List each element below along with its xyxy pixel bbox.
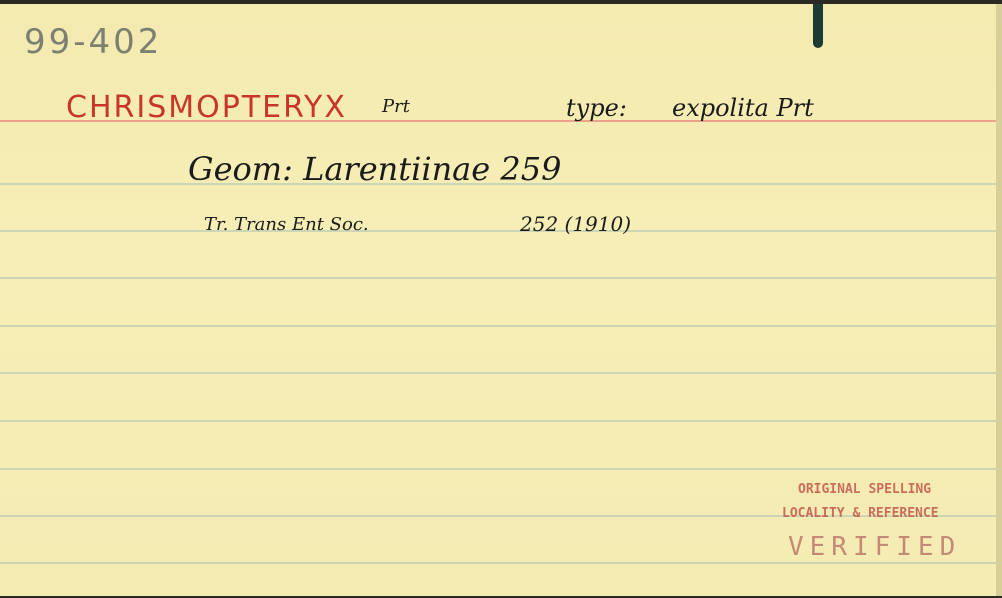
genus-author: Prt — [382, 96, 410, 117]
genus-name: CHRISMOPTERYX — [66, 90, 347, 125]
reference-citation: 252 (1910) — [520, 212, 631, 236]
accession-number: 99-402 — [24, 22, 162, 62]
ruled-line — [0, 372, 1002, 374]
stamp-verified: VERIFIED — [788, 532, 961, 562]
ruled-line — [0, 325, 1002, 327]
stamp-line-spelling: ORIGINAL SPELLING — [798, 482, 931, 497]
ruled-line — [0, 277, 1002, 279]
card-edge — [996, 4, 1002, 596]
ruled-line — [0, 230, 1002, 232]
family-subfamily: Geom: Larentiinae 259 — [188, 150, 561, 188]
type-label: type: — [566, 94, 627, 122]
stamp-line-locality: LOCALITY & REFERENCE — [782, 506, 939, 521]
index-card: 99-402 CHRISMOPTERYX Prt type: expolita … — [0, 4, 1002, 596]
ruled-line — [0, 562, 1002, 564]
ruled-line — [0, 468, 1002, 470]
tab-marker — [813, 4, 823, 48]
type-species: expolita Prt — [672, 94, 814, 122]
ruled-line — [0, 420, 1002, 422]
reference-source: Tr. Trans Ent Soc. — [204, 214, 369, 235]
